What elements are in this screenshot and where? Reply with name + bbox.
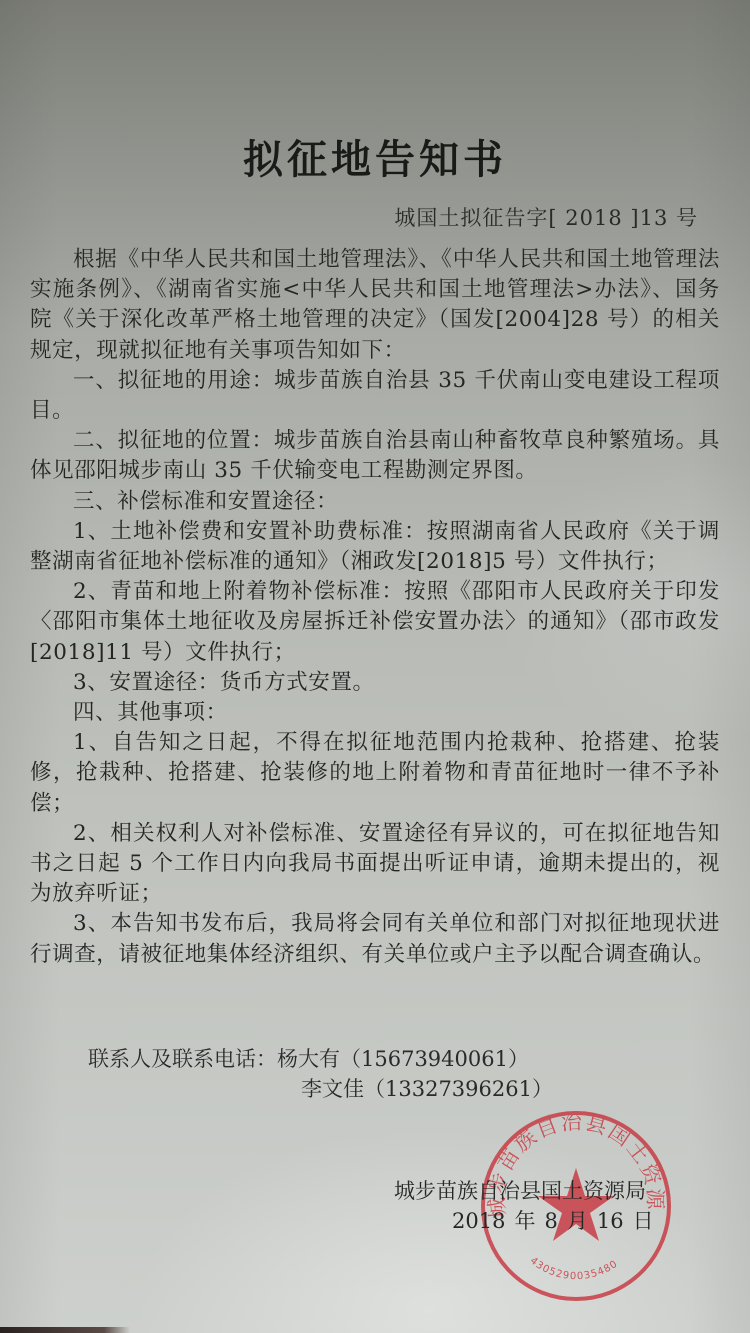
contact-name: 杨大有 (277, 1047, 340, 1071)
contact-phone: （15673940061） (340, 1047, 529, 1071)
contact-phone: （13327396261） (364, 1077, 553, 1101)
contact-label: 联系人及联系电话： (88, 1047, 277, 1071)
document-body: 根据《中华人民共和国土地管理法》、《中华人民共和国土地管理法实施条例》、《湖南省… (30, 245, 720, 970)
paragraph-land-compensation: 1、土地补偿费和安置补助费标准：按照湖南省人民政府《关于调整湖南省征地补偿标准的… (30, 517, 720, 577)
paragraph-location: 二、拟征地的位置：城步苗族自治县南山种畜牧草良种繁殖场。具体见邵阳城步南山 35… (30, 426, 720, 486)
contact-row-2: 李文佳（13327396261） (88, 1074, 553, 1104)
paragraph-preamble: 根据《中华人民共和国土地管理法》、《中华人民共和国土地管理法实施条例》、《湖南省… (30, 245, 720, 366)
heading-other-matters: 四、其他事项： (30, 698, 720, 728)
contact-name: 李文佳 (301, 1077, 364, 1101)
signature-block: 城步苗族自治县国土资源局 2018年8月16日 (394, 1176, 663, 1236)
contact-block: 联系人及联系电话：杨大有（15673940061） 李文佳（1332739626… (88, 1044, 553, 1104)
document-title: 拟征地告知书 (0, 128, 750, 185)
paragraph-survey: 3、本告知书发布后，我局将会同有关单位和部门对拟征地现状进行调查，请被征地集体经… (30, 909, 720, 969)
photo-edge-shadow (0, 1327, 130, 1333)
issuer-name: 城步苗族自治县国土资源局 (394, 1176, 663, 1206)
paragraph-no-planting: 1、自告知之日起，不得在拟征地范围内抢栽种、抢搭建、抢装修，抢栽种、抢搭建、抢装… (30, 728, 720, 819)
paragraph-purpose: 一、拟征地的用途：城步苗族自治县 35 千伏南山变电建设工程项目。 (30, 366, 720, 426)
issue-date: 2018年8月16日 (394, 1206, 663, 1236)
document-number: 城国土拟征告字[ 2018 ]13 号 (394, 202, 698, 232)
contact-row-1: 联系人及联系电话：杨大有（15673940061） (88, 1044, 553, 1074)
paragraph-hearing: 2、相关权利人对补偿标准、安置途径有异议的，可在拟征地告知书之日起 5 个工作日… (30, 819, 720, 910)
svg-text:4305290035480: 4305290035480 (528, 1255, 620, 1282)
paragraph-resettlement: 3、安置途径：货币方式安置。 (30, 668, 720, 698)
paragraph-crop-compensation: 2、青苗和地上附着物补偿标准：按照《邵阳市人民政府关于印发〈邵阳市集体土地征收及… (30, 577, 720, 668)
seal-code: 4305290035480 (528, 1255, 620, 1282)
heading-compensation: 三、补偿标准和安置途径： (30, 487, 720, 517)
